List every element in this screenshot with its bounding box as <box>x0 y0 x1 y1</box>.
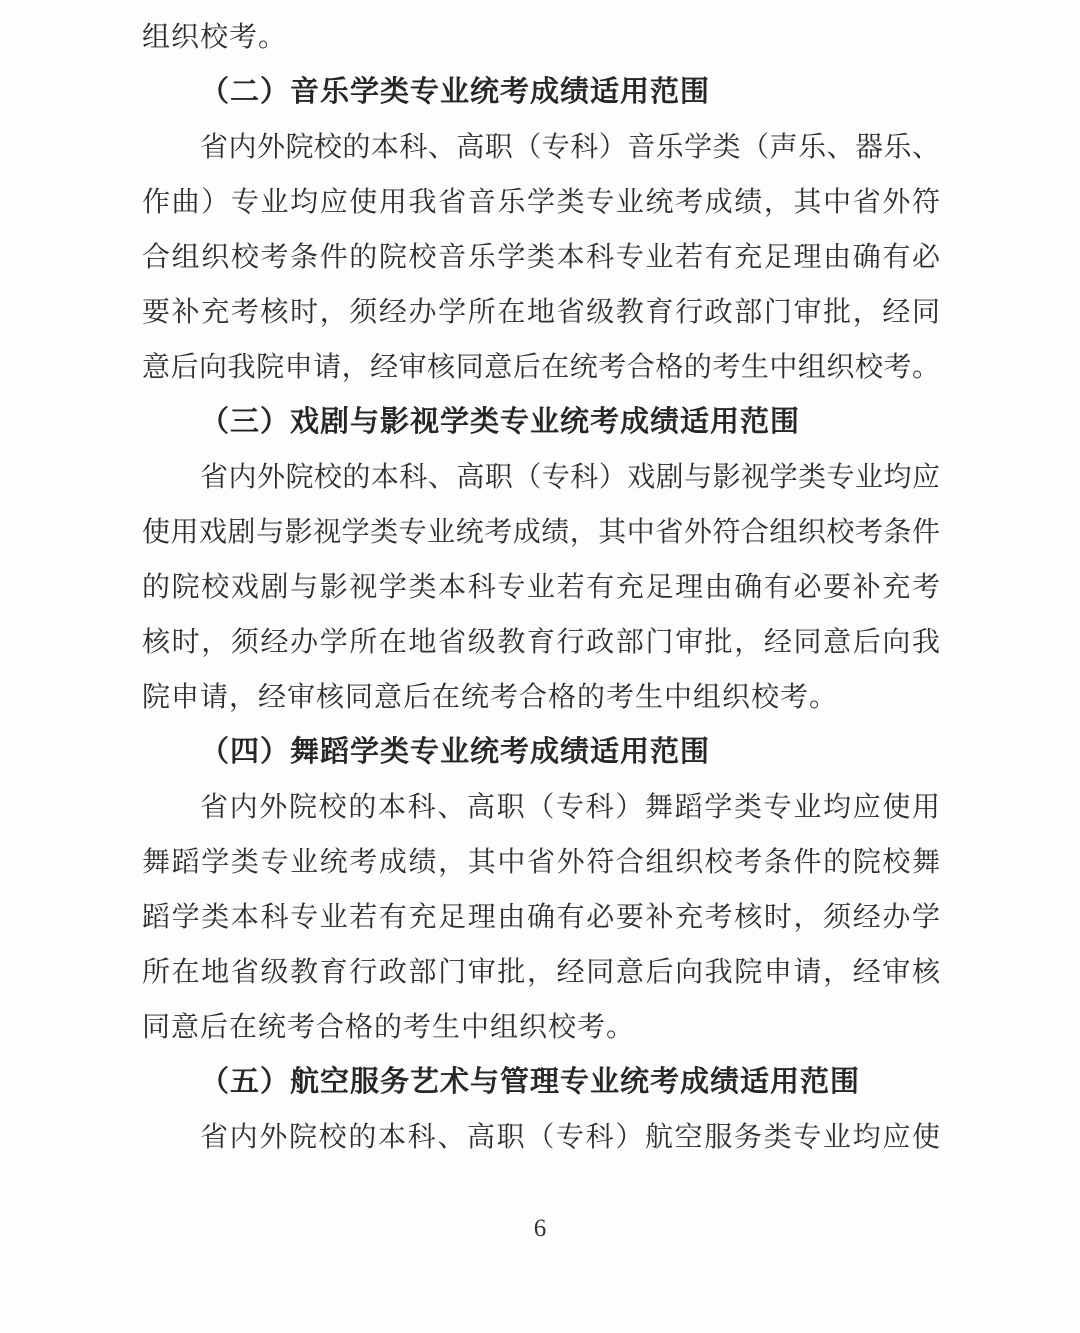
body-text-line: 核时，须经办学所在地省级教育行政部门审批，经同意后向我 <box>142 615 940 670</box>
body-text-line: 院申请，经审核同意后在统考合格的考生中组织校考。 <box>142 670 940 725</box>
body-text-line: 的院校戏剧与影视学类本科专业若有充足理由确有必要补充考 <box>142 560 940 615</box>
section-heading: （三）戏剧与影视学类专业统考成绩适用范围 <box>142 395 940 450</box>
body-text-line: 省内外院校的本科、高职（专科）航空服务类专业均应使 <box>142 1110 940 1165</box>
body-text-line: 舞蹈学类专业统考成绩，其中省外符合组织校考条件的院校舞 <box>142 835 940 890</box>
body-text-line: 作曲）专业均应使用我省音乐学类专业统考成绩，其中省外符 <box>142 175 940 230</box>
body-text-line: 蹈学类本科专业若有充足理由确有必要补充考核时，须经办学 <box>142 890 940 945</box>
section-heading: （五）航空服务艺术与管理专业统考成绩适用范围 <box>142 1055 940 1110</box>
document-text-block: 组织校考。（二）音乐学类专业统考成绩适用范围省内外院校的本科、高职（专科）音乐学… <box>142 10 940 1165</box>
body-text-line: 同意后在统考合格的考生中组织校考。 <box>142 1000 940 1055</box>
body-text-line: 要补充考核时，须经办学所在地省级教育行政部门审批，经同 <box>142 285 940 340</box>
body-text-line: 合组织校考条件的院校音乐学类本科专业若有充足理由确有必 <box>142 230 940 285</box>
page-number: 6 <box>0 1215 1080 1243</box>
body-text-line: 省内外院校的本科、高职（专科）戏剧与影视学类专业均应 <box>142 450 940 505</box>
body-text-line: 意后向我院申请，经审核同意后在统考合格的考生中组织校考。 <box>142 340 940 395</box>
body-text-line: 所在地省级教育行政部门审批，经同意后向我院申请，经审核 <box>142 945 940 1000</box>
body-text-line: 省内外院校的本科、高职（专科）音乐学类（声乐、器乐、 <box>142 120 940 175</box>
body-text-line: 组织校考。 <box>142 10 940 65</box>
body-text-line: 使用戏剧与影视学类专业统考成绩，其中省外符合组织校考条件 <box>142 505 940 560</box>
body-text-line: 省内外院校的本科、高职（专科）舞蹈学类专业均应使用 <box>142 780 940 835</box>
document-page: 组织校考。（二）音乐学类专业统考成绩适用范围省内外院校的本科、高职（专科）音乐学… <box>0 0 1080 1333</box>
section-heading: （四）舞蹈学类专业统考成绩适用范围 <box>142 725 940 780</box>
section-heading: （二）音乐学类专业统考成绩适用范围 <box>142 65 940 120</box>
